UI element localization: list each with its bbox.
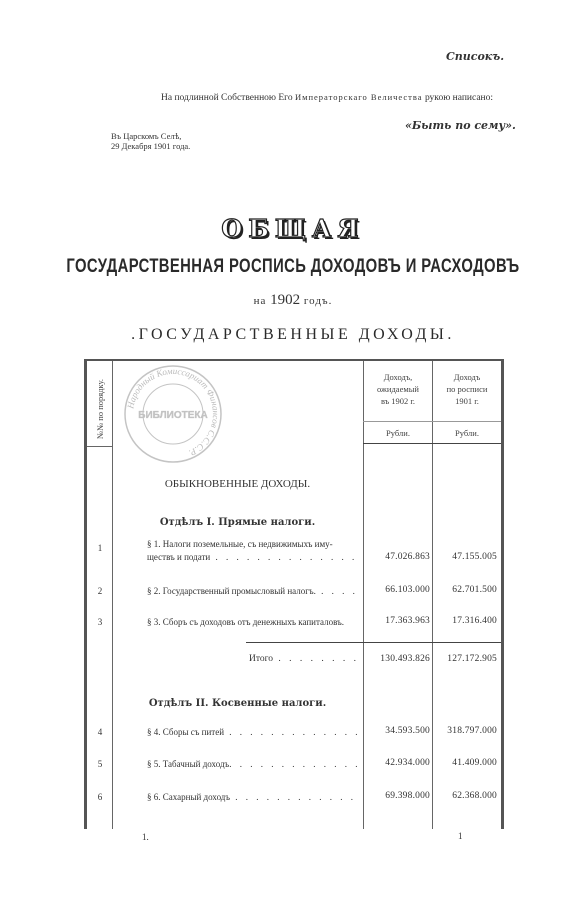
document-list-label: Списокъ.: [446, 50, 504, 63]
value-budget: 62.368.000: [431, 791, 497, 801]
value-budget: 318.797.000: [431, 726, 497, 736]
library-stamp-icon: Народный Комиссариат Финансов С.С.С.Р. Б…: [115, 362, 233, 467]
place-line: Въ Царскомъ Селѣ,: [111, 131, 190, 141]
value-budget: 62.701.500: [431, 585, 497, 595]
value-expected: 42.934.000: [364, 758, 430, 768]
row-number: 1: [88, 543, 112, 553]
row-number: 2: [88, 586, 112, 596]
row-label: § 1. Налоги поземельные, съ недвижимыхъ …: [147, 538, 357, 564]
title-subtitle: ГОСУДАРСТВЕННАЯ РОСПИСЬ ДОХОДОВЪ И РАСХО…: [64, 256, 521, 278]
row-label: § 4. Сборы съ питей . . . . . . . . . . …: [147, 726, 357, 739]
year-value: 1902: [270, 292, 300, 308]
value-expected: 47.026.863: [364, 552, 430, 562]
row-label: § 6. Сахарный доходъ . . . . . . . . . .…: [147, 791, 357, 804]
table-divider: [363, 443, 501, 444]
date-line: 29 Декабря 1901 года.: [111, 141, 190, 151]
year-prefix: на: [254, 295, 267, 307]
value-expected: 69.398.000: [364, 791, 430, 801]
sanction-caps: Императорскаго Величества: [295, 92, 423, 102]
unit-expected: Рубли.: [364, 427, 432, 439]
row-label: § 2. Государственный промысловый налогъ.…: [147, 585, 357, 598]
table-divider: [363, 421, 501, 422]
value-expected: 66.103.000: [364, 585, 430, 595]
column-header-number: №№ по порядку.: [88, 364, 112, 454]
column-header-budget: Доходъ по росписи 1901 г.: [433, 371, 501, 407]
row-label: § 3. Сборъ съ доходовъ отъ денежныхъ кап…: [147, 616, 357, 629]
row-number: 6: [88, 792, 112, 802]
row-label: § 5. Табачный доходъ. . . . . . . . . . …: [147, 758, 357, 771]
title-state-revenues: .ГОСУДАРСТВЕННЫЕ ДОХОДЫ.: [0, 326, 586, 344]
row-number: 5: [88, 759, 112, 769]
value-budget: 47.155.005: [431, 552, 497, 562]
department-title: Отдѣлъ II. Косвенные налоги.: [112, 698, 363, 709]
value-budget: 17.316.400: [431, 616, 497, 626]
department-title: Отдѣлъ I. Прямые налоги.: [112, 517, 363, 528]
column-header-expected: Доходъ, ожидаемый въ 1902 г.: [364, 371, 432, 407]
row-number: 3: [88, 617, 112, 627]
table-divider: [112, 361, 113, 829]
table-divider: [246, 642, 501, 643]
section-title: ОБЫКНОВЕННЫЕ ДОХОДЫ.: [112, 478, 363, 490]
value-expected: 17.363.963: [364, 616, 430, 626]
imperial-resolution: «Быть по сему».: [405, 119, 516, 132]
svg-text:БИБЛИОТЕКА: БИБЛИОТЕКА: [138, 410, 207, 421]
unit-budget: Рубли.: [433, 427, 501, 439]
row-number: 4: [88, 727, 112, 737]
value-expected: 34.593.500: [364, 726, 430, 736]
imperial-sanction-note: На подлинной Собственною Его Императорск…: [161, 91, 513, 104]
title-main: ОБЩАЯ: [0, 214, 586, 243]
place-and-date: Въ Царскомъ Селѣ, 29 Декабря 1901 года.: [111, 131, 190, 151]
sanction-suffix: рукою написано:: [423, 93, 493, 103]
title-year: на 1902 годъ.: [0, 292, 586, 309]
total-budget: 127.172.905: [431, 654, 497, 664]
signature-mark: 1.: [142, 832, 149, 842]
total-label: Итого . . . . . . . . . .: [246, 654, 358, 664]
value-budget: 41.409.000: [431, 758, 497, 768]
sanction-prefix: На подлинной Собственною Его: [161, 93, 295, 103]
year-suffix: годъ.: [304, 295, 332, 307]
page-number: 1: [458, 831, 463, 841]
total-expected: 130.493.826: [364, 654, 430, 664]
